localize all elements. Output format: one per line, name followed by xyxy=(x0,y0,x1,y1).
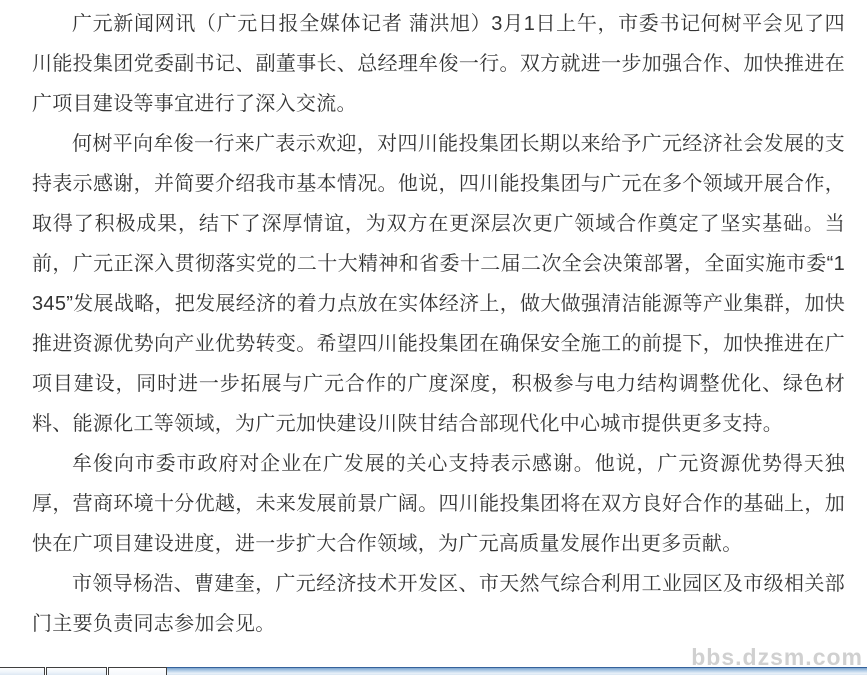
article-page: 广元新闻网讯（广元日报全媒体记者 蒲洪旭）3月1日上午，市委书记何树平会见了四川… xyxy=(0,0,867,675)
article-paragraph: 市领导杨浩、曹建奎，广元经济技术开发区、市天然气综合利用工业园区及市级相关部门主… xyxy=(32,564,845,644)
article-paragraph: 广元新闻网讯（广元日报全媒体记者 蒲洪旭）3月1日上午，市委书记何树平会见了四川… xyxy=(32,4,845,124)
toolbar-button-edge-2[interactable] xyxy=(46,667,107,675)
site-watermark: bbs.dzsm.com xyxy=(691,644,863,671)
toolbar-button-edge-3[interactable] xyxy=(108,667,167,675)
article-body: 广元新闻网讯（广元日报全媒体记者 蒲洪旭）3月1日上午，市委书记何树平会见了四川… xyxy=(0,0,867,644)
toolbar-button-edge-1[interactable] xyxy=(0,667,45,675)
article-paragraph: 牟俊向市委市政府对企业在广发展的关心支持表示感谢。他说，广元资源优势得天独厚，营… xyxy=(32,444,845,564)
article-paragraph: 何树平向牟俊一行来广表示欢迎，对四川能投集团长期以来给予广元经济社会发展的支持表… xyxy=(32,124,845,444)
